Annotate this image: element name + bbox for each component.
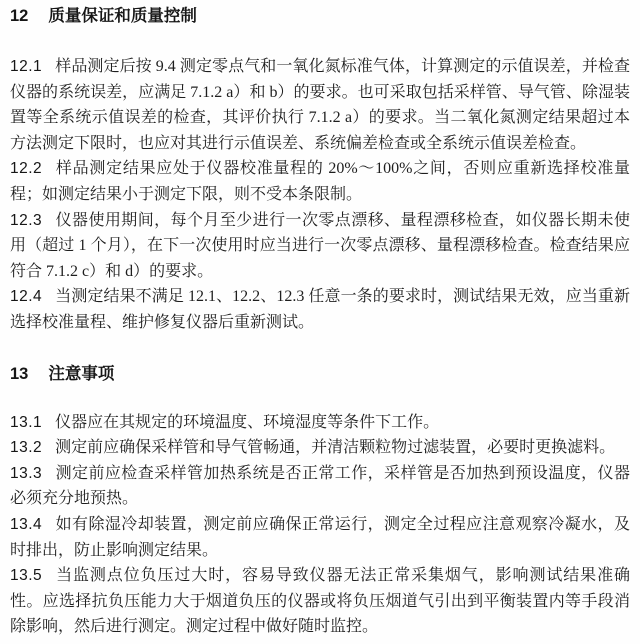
clause-text: 测定前应检查采样管加热系统是否正常工作，采样管是否加热到预设温度，仪器必须充分地… xyxy=(10,465,630,508)
clause-number: 13.3 xyxy=(10,465,42,482)
clause-text: 当测定结果不满足 12.1、12.2、12.3 任意一条的要求时，测试结果无效，… xyxy=(10,288,630,331)
document-page: 12质量保证和质量控制 12.1样品测定后按 9.4 测定零点气和一氧化氮标准气… xyxy=(0,0,640,644)
clause-13-3: 13.3测定前应检查采样管加热系统是否正常工作，采样管是否加热到预设温度，仪器必… xyxy=(10,461,630,512)
section-number: 13 xyxy=(10,363,28,385)
clause-12-3: 12.3仪器使用期间，每个月至少进行一次零点漂移、量程漂移检查，如仪器长期未使用… xyxy=(10,208,630,285)
clause-12-1: 12.1样品测定后按 9.4 测定零点气和一氧化氮标准气体，计算测定的示值误差，… xyxy=(10,54,630,156)
clause-number: 12.2 xyxy=(10,160,42,177)
clause-number: 12.1 xyxy=(10,58,42,75)
section-precautions: 13注意事项 13.1仪器应在其规定的环境温度、环境湿度等条件下工作。 13.2… xyxy=(10,363,630,640)
section-heading-12: 12质量保证和质量控制 xyxy=(10,5,630,27)
section-quality-assurance: 12质量保证和质量控制 12.1样品测定后按 9.4 测定零点气和一氧化氮标准气… xyxy=(10,5,630,336)
clause-12-4: 12.4当测定结果不满足 12.1、12.2、12.3 任意一条的要求时，测试结… xyxy=(10,284,630,335)
section-title: 质量保证和质量控制 xyxy=(48,7,197,25)
clause-number: 12.4 xyxy=(10,288,42,305)
clause-text: 样品测定结果应处于仪器校准量程的 20%～100%之间，否则应重新选择校准量程；… xyxy=(10,160,630,203)
clause-13-2: 13.2测定前应确保采样管和导气管畅通，并清洁颗粒物过滤装置，必要时更换滤料。 xyxy=(10,435,630,461)
clause-text: 样品测定后按 9.4 测定零点气和一氧化氮标准气体，计算测定的示值误差，并检查仪… xyxy=(10,58,630,152)
clause-13-5: 13.5当监测点位负压过大时，容易导致仪器无法正常采集烟气，影响测试结果准确性。… xyxy=(10,563,630,640)
clause-number: 13.1 xyxy=(10,414,42,431)
section-heading-13: 13注意事项 xyxy=(10,363,630,385)
clause-13-4: 13.4如有除湿冷却装置，测定前应确保正常运行，测定全过程应注意观察冷凝水，及时… xyxy=(10,512,630,563)
section-title: 注意事项 xyxy=(48,365,114,383)
clause-number: 13.2 xyxy=(10,439,42,456)
clause-text: 测定前应确保采样管和导气管畅通，并清洁颗粒物过滤装置，必要时更换滤料。 xyxy=(55,439,615,456)
clause-text: 如有除湿冷却装置，测定前应确保正常运行，测定全过程应注意观察冷凝水，及时排出，防… xyxy=(10,516,630,559)
clause-12-2: 12.2样品测定结果应处于仪器校准量程的 20%～100%之间，否则应重新选择校… xyxy=(10,156,630,207)
clause-number: 13.5 xyxy=(10,567,42,584)
clause-13-1: 13.1仪器应在其规定的环境温度、环境湿度等条件下工作。 xyxy=(10,410,630,436)
clause-text: 仪器应在其规定的环境温度、环境湿度等条件下工作。 xyxy=(55,414,439,431)
section-number: 12 xyxy=(10,5,28,27)
clause-text: 当监测点位负压过大时，容易导致仪器无法正常采集烟气，影响测试结果准确性。应选择抗… xyxy=(10,567,630,635)
clause-text: 仪器使用期间，每个月至少进行一次零点漂移、量程漂移检查，如仪器长期未使用（超过 … xyxy=(10,212,630,280)
clause-number: 13.4 xyxy=(10,516,42,533)
clause-number: 12.3 xyxy=(10,212,42,229)
